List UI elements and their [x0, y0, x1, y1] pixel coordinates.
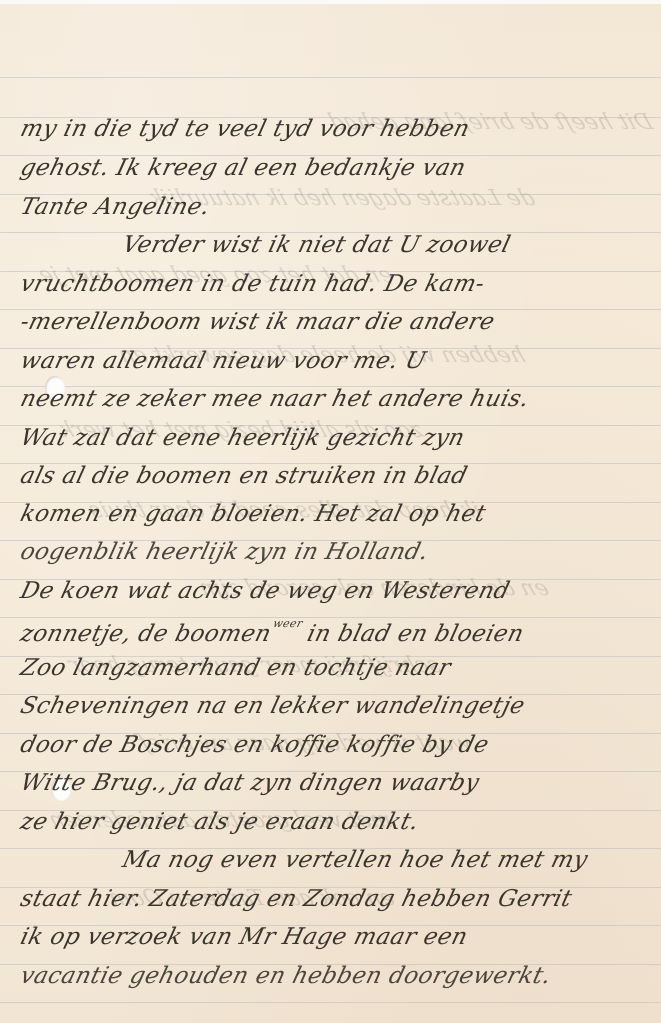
- handwritten-line: Verder wist ik niet dat U zoowel: [120, 234, 513, 257]
- handwritten-line: Zoo langzamerhand en tochtje naar: [18, 657, 453, 680]
- superscript-insertion: weer: [272, 617, 305, 630]
- handwritten-line: Scheveningen na en lekker wandelingetje: [18, 695, 527, 718]
- handwritten-line: als al die boomen en struiken in blad: [18, 465, 470, 488]
- handwritten-line: Wat zal dat eene heerlijk gezicht zyn: [18, 427, 467, 450]
- handwritten-line: my in die tyd te veel tyd voor hebben: [18, 118, 472, 141]
- handwritten-line: Ma nog even vertellen hoe het met my: [120, 849, 590, 872]
- handwritten-line: neemt ze zeker mee naar het andere huis.: [18, 388, 532, 411]
- handwritten-line: gehost. Ik kreeg al een bedankje van: [18, 157, 468, 180]
- handwritten-line: staat hier. Zaterdag en Zondag hebben Ge…: [18, 888, 574, 911]
- letter-page: Dit heeft de brief lang gehad de Laatste…: [0, 0, 661, 1023]
- handwritten-line: Witte Brug., ja dat zyn dingen waarby: [18, 772, 481, 795]
- handwritten-line: vruchtboomen in de tuin had. De kam-: [18, 273, 487, 296]
- line-text-part: in blad en bloeien: [297, 621, 527, 647]
- handwritten-line: waren allemaal nieuw voor me. U: [18, 350, 428, 373]
- page-top-edge: [0, 0, 661, 4]
- handwritten-line: komen en gaan bloeien. Het zal op het: [18, 503, 488, 526]
- line-text-part: zonnetje, de boomen: [18, 621, 274, 647]
- handwritten-line: Tante Angeline.: [18, 196, 212, 219]
- ruled-line: [0, 1002, 661, 1003]
- handwritten-line: door de Boschjes en koffie koffie by de: [18, 734, 491, 757]
- handwritten-line: ik op verzoek van Mr Hage maar een: [18, 926, 470, 949]
- handwritten-line: ze hier geniet als je eraan denkt.: [18, 811, 421, 834]
- handwritten-line: vacantie gehouden en hebben doorgewerkt.: [18, 965, 554, 988]
- handwritten-line: De koen wat achts de weg en Westerend: [18, 580, 512, 603]
- handwritten-line: oogenblik heerlijk zyn in Holland.: [18, 541, 431, 564]
- handwritten-line: -merellenboom wist ik maar die andere: [18, 311, 497, 334]
- handwritten-line: zonnetje, de boomenweer in blad en bloei…: [18, 618, 527, 646]
- ruled-line: [0, 77, 661, 78]
